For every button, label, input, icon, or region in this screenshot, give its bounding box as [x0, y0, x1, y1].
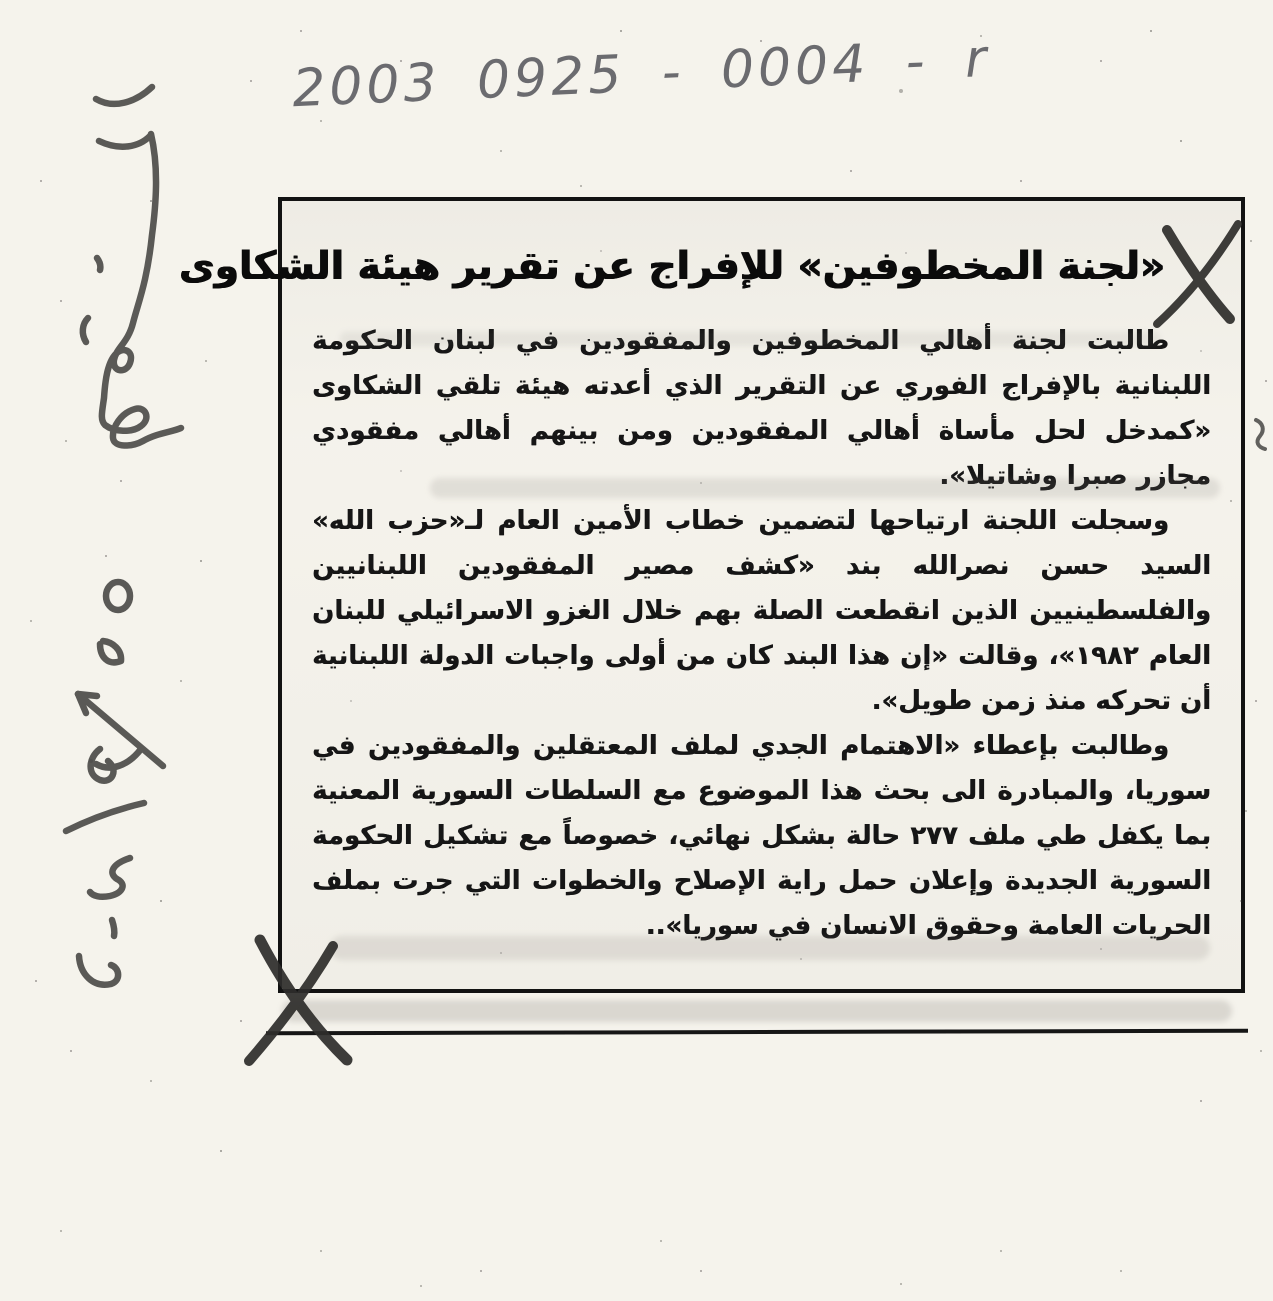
- article-paragraph-2: وسجلت اللجنة ارتياحها لتضمين خطاب الأمين…: [312, 499, 1211, 724]
- article-headline: «لجنة المخطوفين» للإفراج عن تقرير هيئة ا…: [318, 241, 1165, 293]
- scan-smudge: [330, 936, 1210, 960]
- article-paragraph-1: طالبت لجنة أهالي المخطوفين والمفقودين في…: [312, 319, 1211, 499]
- clipping-bottom-rule: [266, 1029, 1248, 1036]
- newspaper-clipping: «لجنة المخطوفين» للإفراج عن تقرير هيئة ا…: [278, 197, 1245, 993]
- handwritten-reference-code: 2003 0925 - 0004 - r: [291, 29, 992, 119]
- scan-smudge: [430, 478, 1220, 498]
- article-paragraph-3: وطالبت بإعطاء «الاهتمام الجدي لملف المعت…: [312, 724, 1211, 949]
- scanned-document-page: 2003 0925 - 0004 - r «لجنة المخطوفين» لل…: [0, 0, 1273, 1301]
- article-body: طالبت لجنة أهالي المخطوفين والمفقودين في…: [312, 319, 1211, 949]
- scan-smudge: [282, 1000, 1232, 1022]
- scan-smudge: [340, 332, 1160, 346]
- scan-noise: [0, 0, 2, 2]
